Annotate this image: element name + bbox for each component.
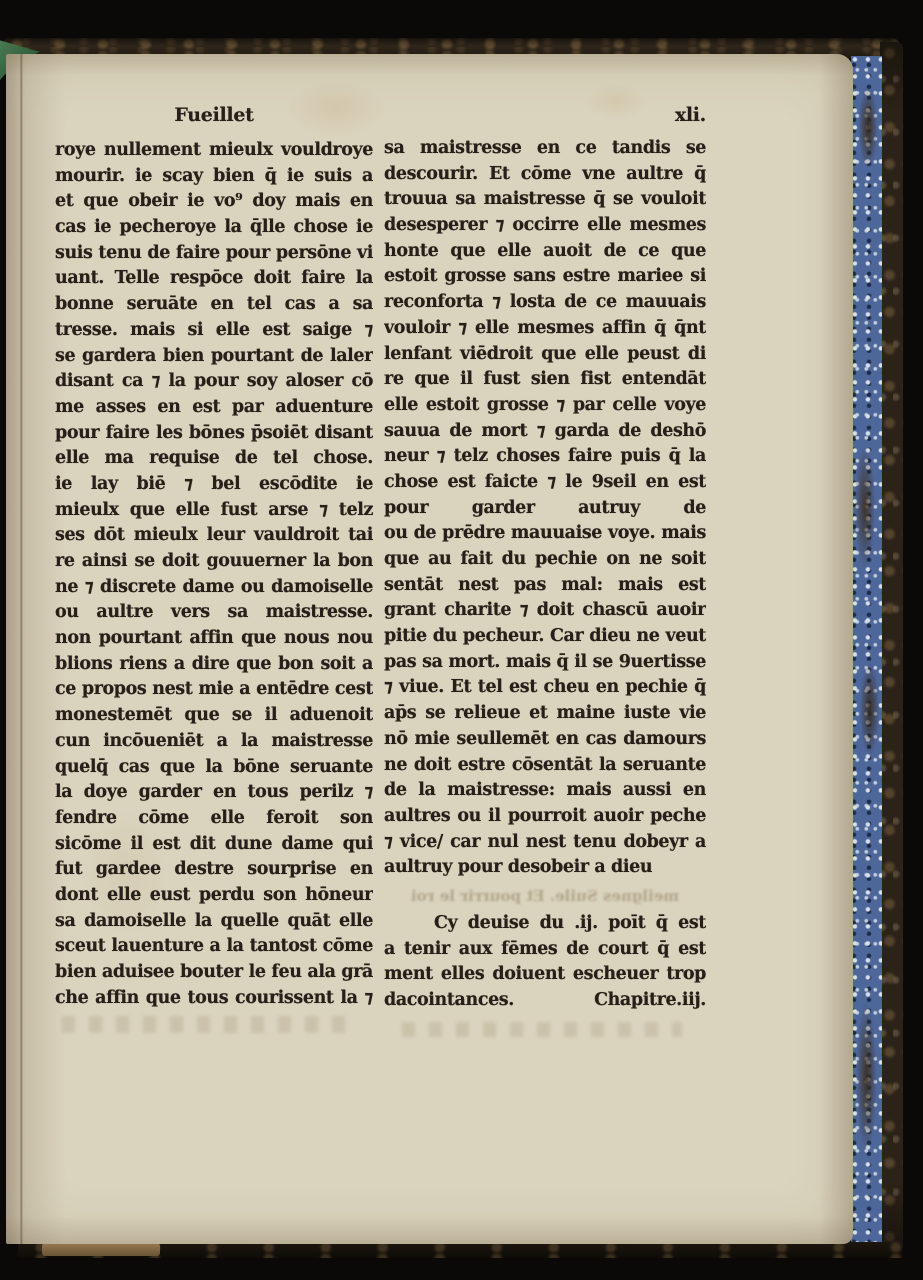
text-line: cun incōueniēt a la maistresse par [55,729,373,755]
text-line: pas sa mort. mais q̄ il se 9uertisse [384,650,706,676]
text-line: me asses en est par aduenture qui [55,395,373,421]
text-line: disant ca ⁊ la pour soy aloser cō [55,369,373,395]
text-line: que au fait du pechie on ne soit cō [384,547,706,573]
text-line: sentāt nest pas mal: mais est tres/ [384,573,706,599]
text-line: ne ⁊ discrete dame ou damoiselle [55,575,373,601]
text-line: suis tenu de faire pour persōne vi [55,241,373,267]
text-line: ou aultre vers sa maistresse. mais [55,600,373,626]
left-text-column: roye nullement mieulx vouldroyemourir. i… [55,138,373,1011]
text-line: vouloir ⁊ elle mesmes affin q̄ q̄nt [384,316,706,342]
text-line: grant charite ⁊ doit chascū auoir [384,598,706,624]
text-line: cas ie pecheroye la q̄lle chose ie ne [55,215,373,241]
marbled-fore-edge [851,56,882,1244]
text-line: honte que elle auoit de ce que elle [384,239,706,265]
text-line: desesperer ⁊ occirre elle mesmes de [384,213,706,239]
text-line: lenfant viēdroit que elle peust di [384,342,706,368]
text-line: quelq̄ cas que la bōne seruante ne [55,755,373,781]
text-line: pour faire les bōnes p̄soiēt disant [55,421,373,447]
text-line: ce propos nest mie a entēdre cest a [55,677,373,703]
text-line: bonne seruāte en tel cas a sa mais [55,292,373,318]
text-line: descourir. Et cōme vne aultre q̄ [384,162,706,188]
text-line: elle ma requise de tel chose. mais [55,446,373,472]
text-line: mieulx que elle fust arse ⁊ telz cho [55,498,373,524]
text-line: non pourtant affin que nous nou [55,626,373,652]
text-line: neur ⁊ telz choses faire puis q̄ la [384,444,706,470]
text-line: dacointances.Chapitre.iij. [384,988,706,1014]
text-line: pour garder autruy de desesperāce [384,496,706,522]
text-line: sceut lauenture a la tantost cōme [55,934,373,960]
text-line: Cy deuise du .ij. poīt q̄ est bon [384,911,706,937]
folio-number: xli. [384,104,706,126]
text-line: chose est faicte ⁊ le 9seil en est pris [384,470,706,496]
text-line: trouua sa maistresse q̄ se vouloit [384,187,706,213]
text-line: se gardera bien pourtant de laler [55,344,373,370]
text-line: blions riens a dire que bon soit a [55,652,373,678]
text-line: uant. Telle respōce doit faire la [55,266,373,292]
text-line: ⁊ vice/ car nul nest tenu dobeyr a [384,830,706,856]
text-line: ses dōt mieulx leur vauldroit tai [55,523,373,549]
text-line: et que obeir ie vo⁹ doy mais en tel [55,189,373,215]
text-line: a tenir aux fēmes de court q̄ est cō [384,937,706,963]
text-line: ne doit estre cōsentāt la seruante [384,753,706,779]
text-line: sauua de mort ⁊ garda de deshō [384,419,706,445]
text-line: ou de prēdre mauuaise voye. mais [384,521,706,547]
leather-binding-edge [880,42,903,1254]
text-line: ap̄s se relieue et maine iuste vie et [384,701,706,727]
running-header: Fueillet [55,104,373,126]
text-line: mourir. ie scay bien q̄ ie suis a vo⁹ [55,164,373,190]
text-line: sa maistresse en ce tandis se peust [384,136,706,162]
ink-bleedthrough-text: meilgnes Suile. Et pourrir le roi [384,881,706,911]
right-text-column: sa maistresse en ce tandis se peustdesco… [384,136,706,1014]
page-edge-corner [42,1243,160,1256]
text-line: pitie du pecheur. Car dieu ne veut [384,624,706,650]
text-line: fendre cōme elle feroit son enfant [55,806,373,832]
text-line: fut gardee destre sourprise en cas [55,857,373,883]
text-line: ⁊ viue. Et tel est cheu en pechie q̄ [384,675,706,701]
text-line: la doye garder en tous perilz ⁊ def [55,780,373,806]
text-line: estoit grosse sans estre mariee si la [384,264,706,290]
text-line: aultres ou il pourroit auoir peche [384,804,706,830]
text-line: ie lay biē ⁊ bel escōdite ie aimeroie [55,472,373,498]
text-line: sicōme il est dit dune dame qui [55,832,373,858]
chapter-announcement: Cy deuise du .ij. poīt q̄ est bona tenir… [384,911,706,1014]
text-line: che affin que tous courissent la ⁊ q̄ [55,986,373,1012]
text-line: aultruy pour desobeir a dieu [384,855,706,881]
text-line: monestemēt que se il aduenoit au [55,703,373,729]
text-line: tresse. mais si elle est saige ⁊ vraie [55,318,373,344]
text-line: reconforta ⁊ losta de ce mauuais [384,290,706,316]
text-line: re ainsi se doit gouuerner la bon [55,549,373,575]
text-line: dont elle eust perdu son hōneur p̄ [55,883,373,909]
right-column-paragraph: sa maistresse en ce tandis se peustdesco… [384,136,706,881]
text-line: elle estoit grosse ⁊ par celle voye le [384,393,706,419]
text-line: ment elles doiuent escheuer trop [384,962,706,988]
bleedthrough-smudge [402,1022,682,1037]
text-line: nō mie seullemēt en cas damours [384,727,706,753]
text-line: roye nullement mieulx vouldroye [55,138,373,164]
text-line: sa damoiselle la quelle quāt elle [55,909,373,935]
text-line: de la maistresse: mais aussi en to⁹ [384,778,706,804]
text-line: re que il fust sien fist entendāt que [384,367,706,393]
bleedthrough-smudge [62,1016,358,1033]
text-line: bien aduisee bouter le feu ala grā [55,960,373,986]
